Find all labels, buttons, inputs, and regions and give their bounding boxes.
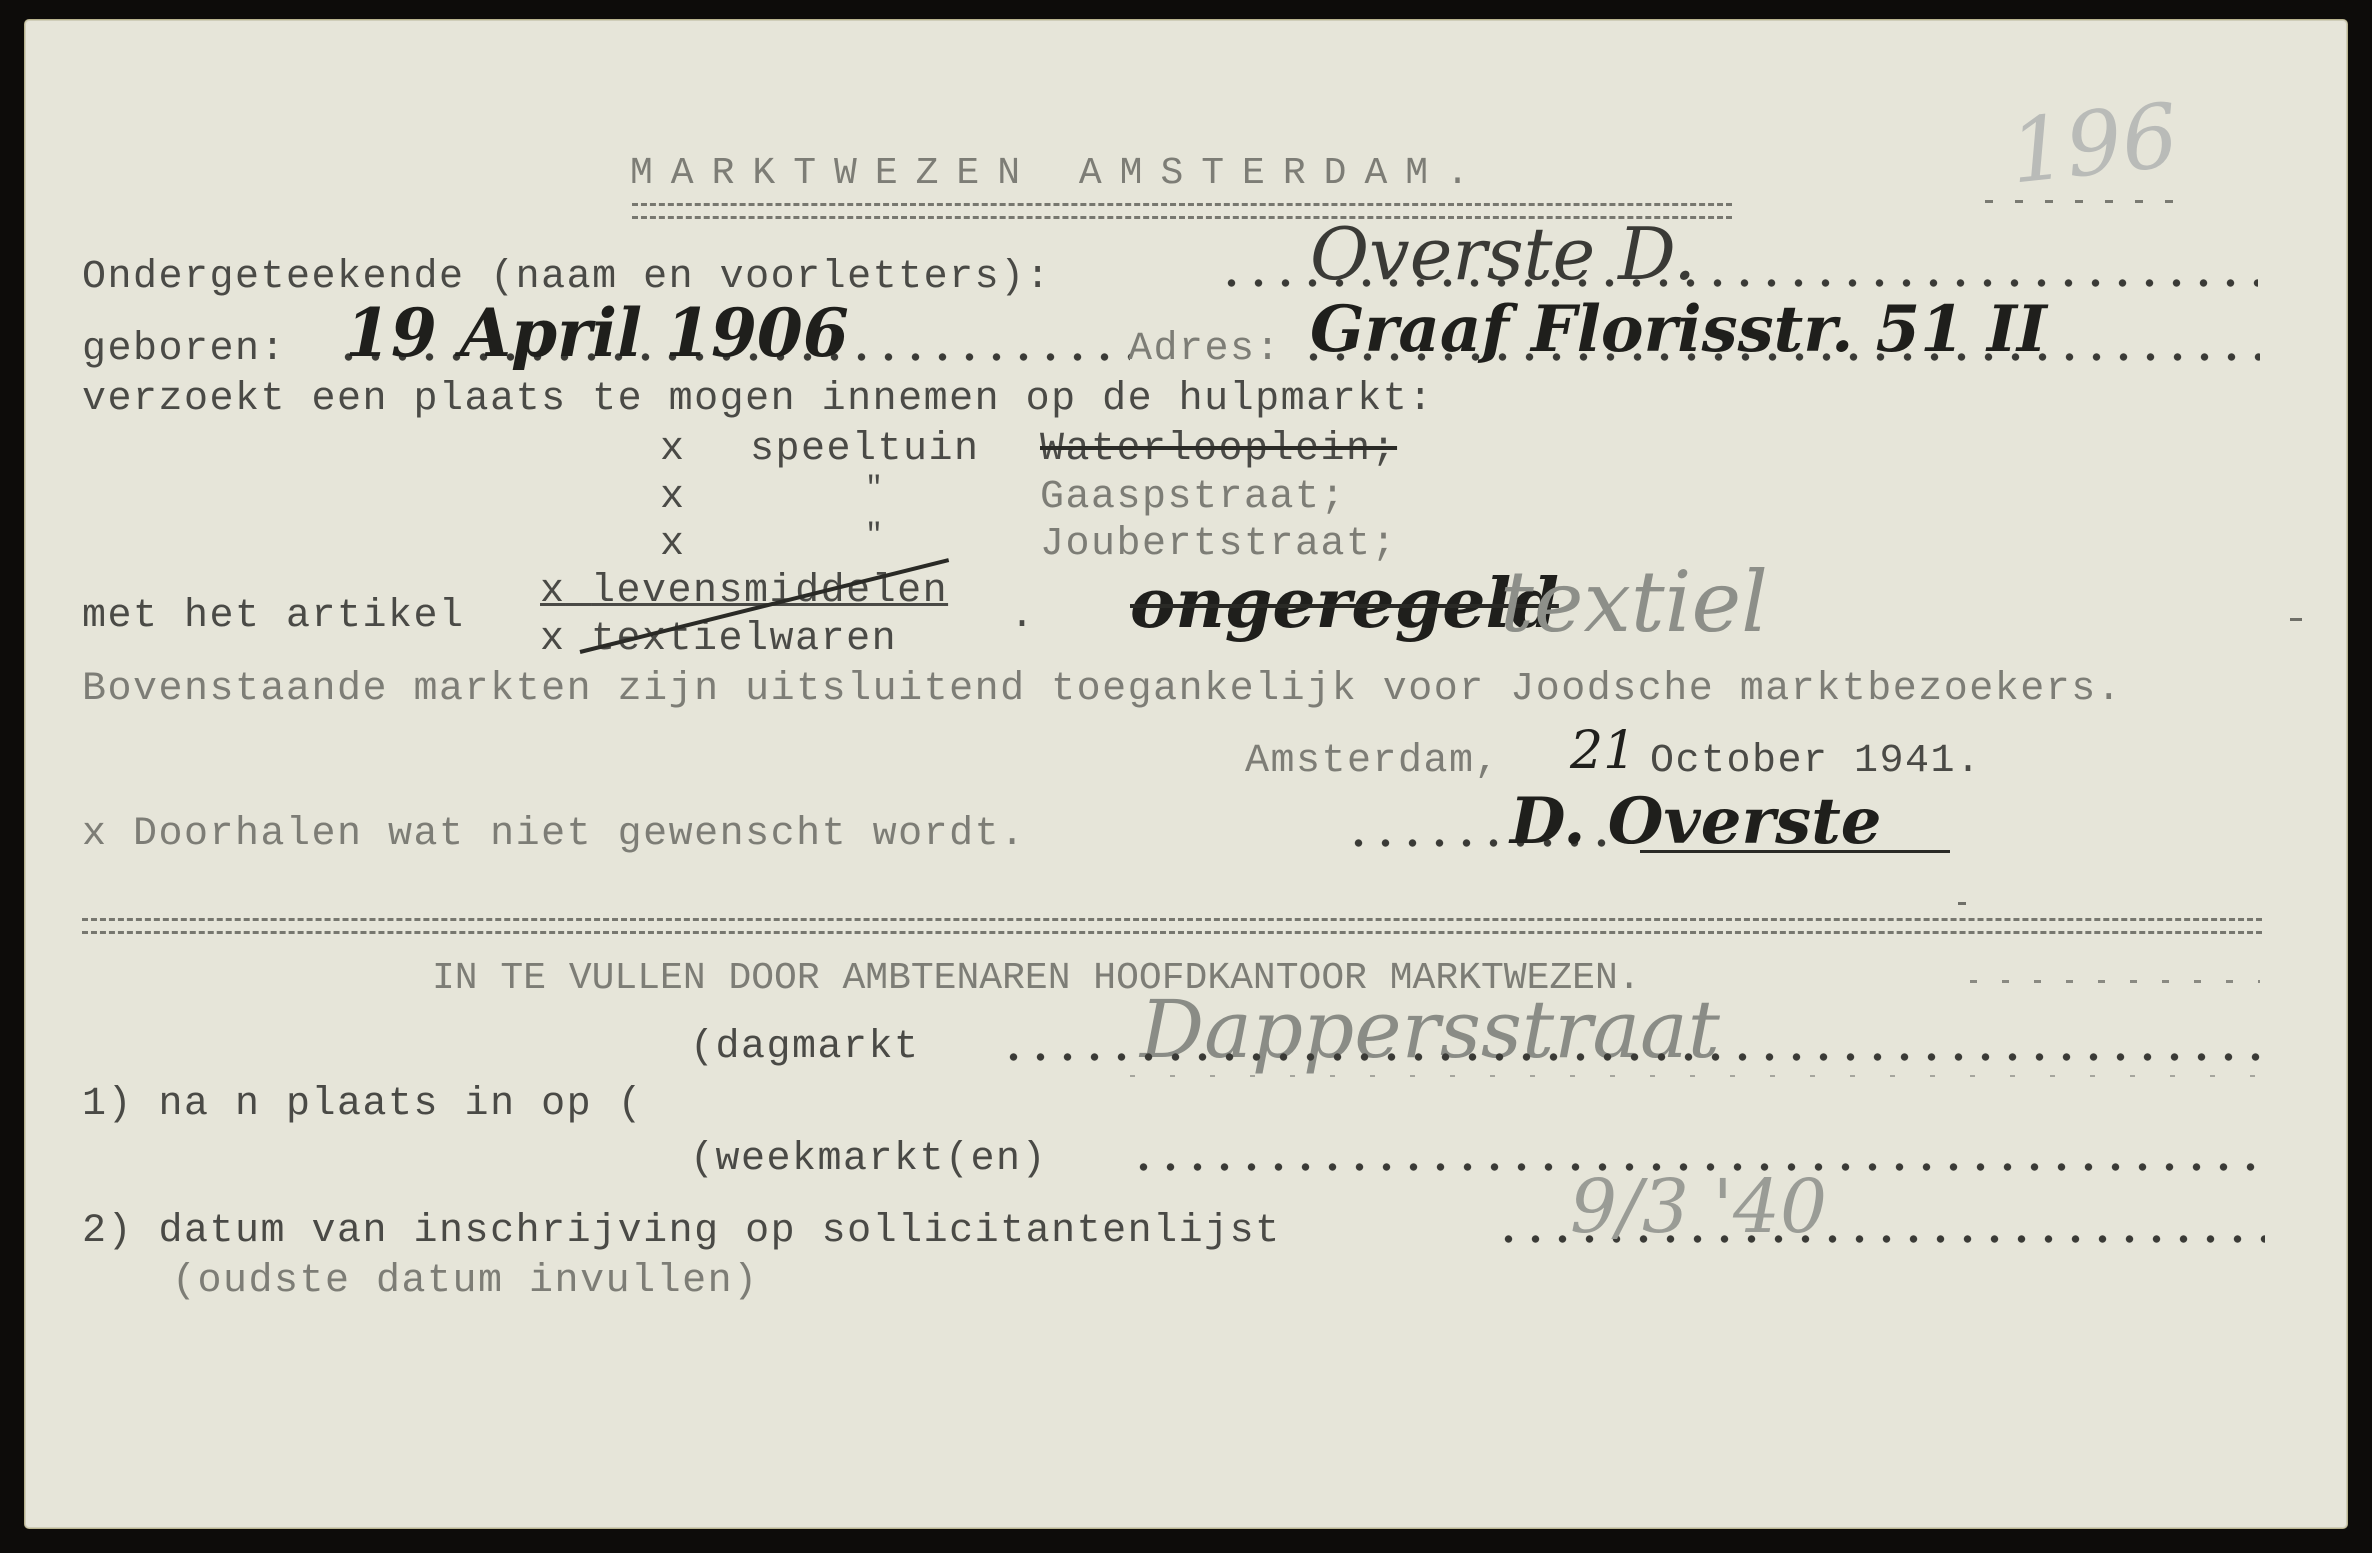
market-prefix-1: speeltuin	[750, 430, 980, 470]
separator-mark	[1958, 902, 1966, 905]
page-title: MARKTWEZEN AMSTERDAM.	[630, 155, 1487, 193]
item1-label: 1) na n plaats in op (	[82, 1085, 643, 1125]
place-date-suffix: October 1941.	[1650, 742, 1982, 782]
market-mark-3[interactable]: x	[660, 525, 686, 565]
market-option-gaaspstraat[interactable]: Gaaspstraat;	[1040, 478, 1346, 518]
name-value[interactable]: Overste D.	[1310, 218, 1696, 290]
article-option-levensmiddelen[interactable]: x levensmiddelen	[540, 572, 948, 612]
article-mark-1: x	[540, 569, 566, 614]
market-option-joubertstraat[interactable]: Joubertstraat;	[1040, 525, 1397, 565]
weekmarkt-label: (weekmarkt(en)	[690, 1140, 1047, 1180]
article-period: .	[1010, 597, 1036, 637]
market-option-waterlooplein[interactable]: Waterlooplein;	[1040, 430, 1397, 470]
dagmarkt-dotted-line	[1000, 1052, 2260, 1062]
article-right-dash	[2290, 618, 2302, 621]
article-option-textielwaren[interactable]: x textielwaren	[540, 620, 897, 660]
market-mark-2[interactable]: x	[660, 478, 686, 518]
title-right-dash	[1985, 200, 2185, 203]
request-text: verzoekt een plaats te mogen innemen op …	[82, 380, 1434, 420]
strike-instruction-footnote: x Doorhalen wat niet gewenscht wordt.	[82, 815, 1026, 855]
article-handwritten-value[interactable]: textiel	[1500, 560, 1768, 644]
dagmarkt-label: (dagmarkt	[690, 1028, 920, 1068]
item2-value[interactable]: 9/3 '40	[1570, 1170, 1827, 1244]
signature[interactable]: D. Overste	[1510, 790, 1881, 854]
name-label: Ondergeteekende (naam en voorletters):	[82, 258, 1051, 298]
dagmarkt-faint-dashes	[1130, 1075, 2260, 1077]
born-label: geboren:	[82, 330, 286, 370]
archive-number: 196	[2006, 91, 2182, 196]
item2-label: 2) datum van inschrijving op sollicitant…	[82, 1212, 1281, 1252]
address-value[interactable]: Graaf Florisstr. 51 II	[1310, 298, 2047, 362]
item2-sub-label: (oudste datum invullen)	[172, 1262, 759, 1302]
market-ditto-2: "	[865, 474, 885, 504]
place-date-day[interactable]: 21	[1570, 725, 1636, 777]
signature-underline	[1640, 850, 1950, 853]
born-value[interactable]: 19 April 1906	[345, 300, 849, 366]
address-label: Adres:	[1128, 330, 1281, 370]
article-label-1: levensmiddelen	[591, 569, 948, 614]
notice-text: Bovenstaande markten zijn uitsluitend to…	[82, 670, 2122, 710]
market-ditto-3: "	[865, 521, 885, 551]
place-date-prefix: Amsterdam,	[1245, 742, 1500, 782]
office-heading-right-dashes	[1970, 980, 2260, 983]
article-handwritten-struck: ongeregeld	[1130, 570, 1559, 638]
article-mark-2: x	[540, 617, 566, 662]
office-double-rule	[82, 918, 2262, 934]
article-label: met het artikel	[82, 597, 465, 637]
market-mark-1[interactable]: x	[660, 430, 686, 470]
